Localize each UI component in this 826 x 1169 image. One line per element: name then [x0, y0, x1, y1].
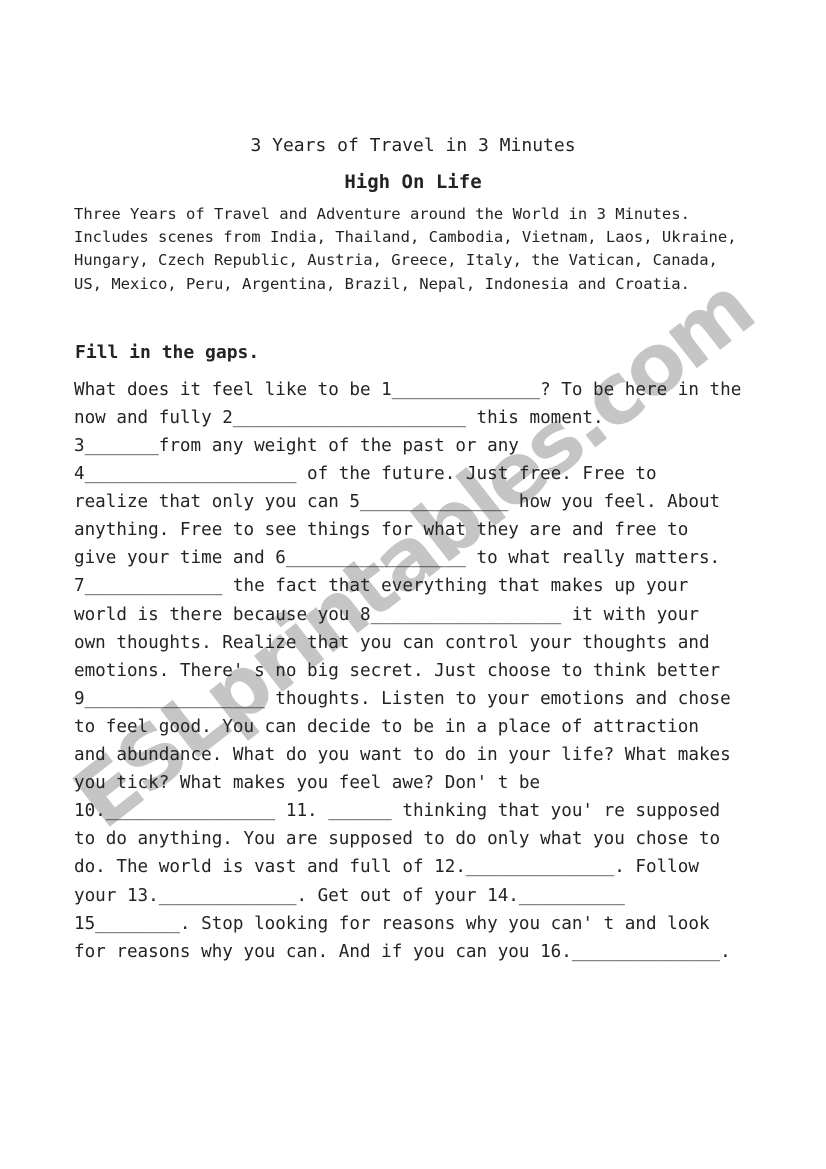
exercise-instruction-heading: Fill in the gaps.	[75, 341, 776, 365]
worksheet-subtitle: High On Life	[0, 170, 826, 194]
gap-fill-exercise-text: What does it feel like to be 1__________…	[74, 376, 786, 966]
video-description: Three Years of Travel and Adventure arou…	[74, 203, 776, 296]
worksheet-page: ESLprintables.com 3 Years of Travel in 3…	[0, 0, 826, 1169]
worksheet-content: 3 Years of Travel in 3 Minutes High On L…	[0, 135, 826, 966]
worksheet-title: 3 Years of Travel in 3 Minutes	[0, 135, 826, 157]
